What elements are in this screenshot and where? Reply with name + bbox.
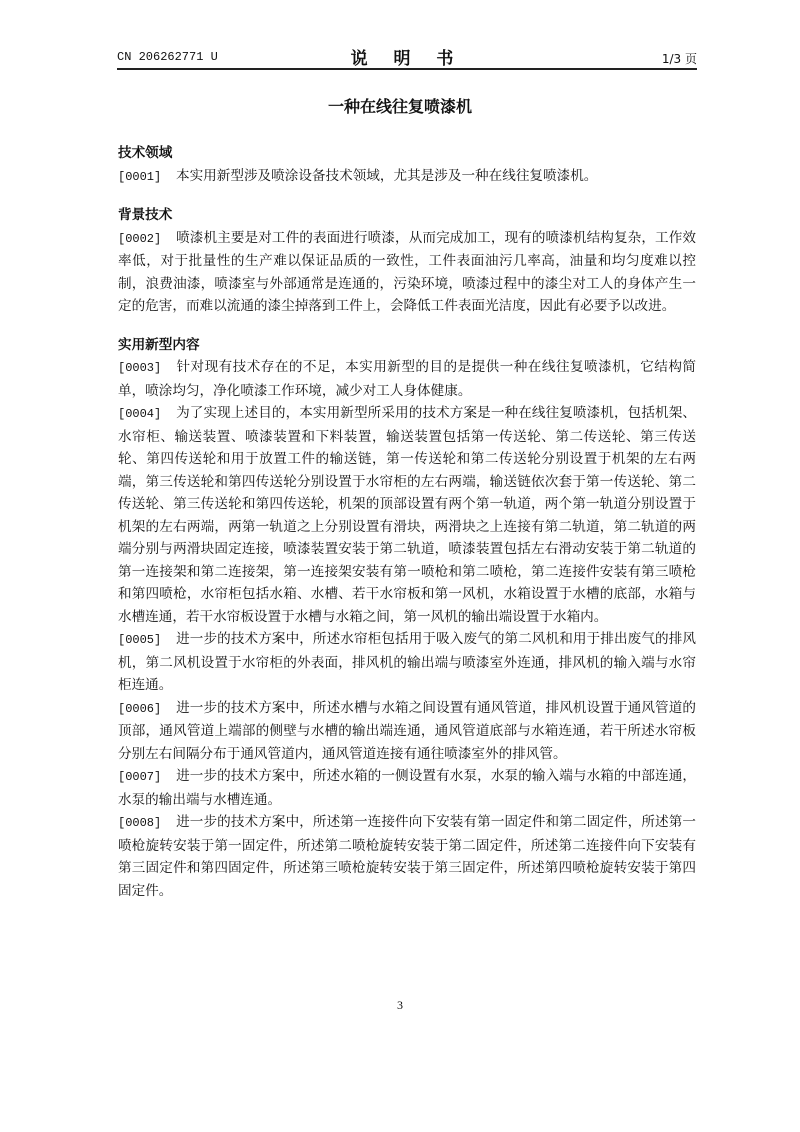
paragraph: [0005]进一步的技术方案中，所述水帘柜包括用于吸入废气的第二风机和用于排出废… bbox=[118, 628, 696, 697]
paragraph-number: [0008] bbox=[118, 812, 176, 835]
paragraph: [0001]本实用新型涉及喷涂设备技术领域，尤其是涉及一种在线往复喷漆机。 bbox=[118, 165, 696, 189]
paragraph: [0002]喷漆机主要是对工件的表面进行喷漆，从而完成加工，现有的喷漆机结构复杂… bbox=[118, 227, 696, 318]
section-heading: 实用新型内容 bbox=[118, 334, 696, 357]
paragraph-text: 本实用新型涉及喷涂设备技术领域，尤其是涉及一种在线往复喷漆机。 bbox=[176, 168, 597, 184]
paragraph-text: 进一步的技术方案中，所述第一连接件向下安装有第一固定件和第二固定件，所述第一喷枪… bbox=[118, 814, 696, 899]
paragraph-number: [0006] bbox=[118, 698, 176, 721]
paragraph-number: [0001] bbox=[118, 166, 176, 189]
paragraph-number: [0005] bbox=[118, 629, 176, 652]
paragraph-text: 进一步的技术方案中，所述水槽与水箱之间设置有通风管道，排风机设置于通风管道的顶部… bbox=[118, 700, 696, 762]
paragraph-text: 进一步的技术方案中，所述水帘柜包括用于吸入废气的第二风机和用于排出废气的排风机，… bbox=[118, 631, 696, 693]
paragraph: [0006]进一步的技术方案中，所述水槽与水箱之间设置有通风管道，排风机设置于通… bbox=[118, 697, 696, 766]
paragraph: [0004]为了实现上述目的，本实用新型所采用的技术方案是一种在线往复喷漆机，包… bbox=[118, 402, 696, 628]
paragraph-number: [0003] bbox=[118, 357, 176, 380]
paragraph-number: [0002] bbox=[118, 228, 176, 251]
document-title: 一种在线往复喷漆机 bbox=[0, 94, 800, 117]
paragraph: [0007]进一步的技术方案中，所述水箱的一侧设置有水泵，水泵的输入端与水箱的中… bbox=[118, 765, 696, 811]
page-header: CN 206262771 U 说 明 书 1/3 页 bbox=[117, 44, 697, 70]
section-utility-model-content: 实用新型内容 [0003]针对现有技术存在的不足，本实用新型的目的是提供一种在线… bbox=[118, 334, 696, 903]
paragraph-text: 针对现有技术存在的不足，本实用新型的目的是提供一种在线往复喷漆机，它结构简单，喷… bbox=[118, 359, 696, 399]
section-heading: 技术领域 bbox=[118, 142, 696, 165]
paragraph-text: 喷漆机主要是对工件的表面进行喷漆，从而完成加工，现有的喷漆机结构复杂，工作效率低… bbox=[118, 230, 696, 315]
paragraph-text: 为了实现上述目的，本实用新型所采用的技术方案是一种在线往复喷漆机，包括机架、水帘… bbox=[118, 405, 696, 625]
document-body: 技术领域 [0001]本实用新型涉及喷涂设备技术领域，尤其是涉及一种在线往复喷漆… bbox=[118, 142, 696, 918]
section-background: 背景技术 [0002]喷漆机主要是对工件的表面进行喷漆，从而完成加工，现有的喷漆… bbox=[118, 204, 696, 318]
paragraph: [0008]进一步的技术方案中，所述第一连接件向下安装有第一固定件和第二固定件，… bbox=[118, 811, 696, 902]
section-technical-field: 技术领域 [0001]本实用新型涉及喷涂设备技术领域，尤其是涉及一种在线往复喷漆… bbox=[118, 142, 696, 188]
paragraph-text: 进一步的技术方案中，所述水箱的一侧设置有水泵，水泵的输入端与水箱的中部连通，水泵… bbox=[118, 768, 696, 808]
document-type: 说 明 书 bbox=[117, 44, 697, 69]
page-number: 3 bbox=[0, 998, 800, 1013]
paragraph: [0003]针对现有技术存在的不足，本实用新型的目的是提供一种在线往复喷漆机，它… bbox=[118, 356, 696, 402]
paragraph-number: [0004] bbox=[118, 403, 176, 426]
section-heading: 背景技术 bbox=[118, 204, 696, 227]
paragraph-number: [0007] bbox=[118, 766, 176, 789]
page-indicator: 1/3 页 bbox=[662, 50, 697, 67]
